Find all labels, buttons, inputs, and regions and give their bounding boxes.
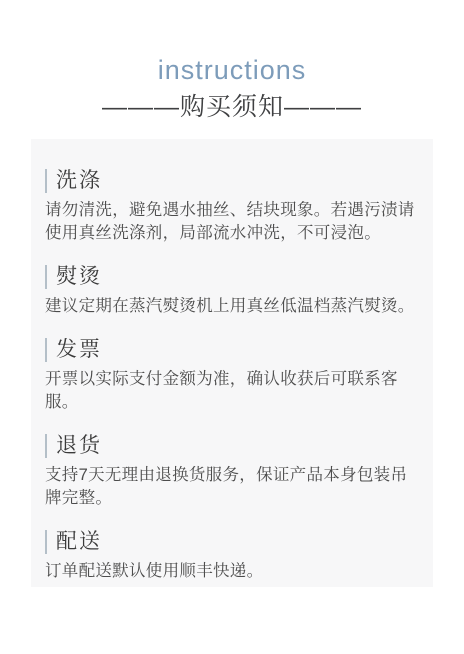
heading-accent-bar [45,169,47,193]
section-delivery: 配送 订单配送默认使用顺丰快递。 [45,530,419,583]
page-subtitle: ———购买须知——— [0,92,464,122]
header: instructions ———购买须知——— [0,0,464,122]
instructions-card: 洗涤 请勿清洗，避免遇水抽丝、结块现象。若遇污渍请使用真丝洗涤剂，局部流水冲洗，… [31,139,433,587]
heading-accent-bar [45,530,47,554]
page-title: instructions [0,0,464,86]
section-washing: 洗涤 请勿清洗，避免遇水抽丝、结块现象。若遇污渍请使用真丝洗涤剂，局部流水冲洗，… [45,169,419,245]
section-title: 熨烫 [56,265,102,289]
section-title: 配送 [56,530,102,554]
section-title: 洗涤 [56,169,102,193]
section-body: 支持7天无理由退换货服务，保证产品本身包装吊牌完整。 [45,464,419,510]
section-heading: 洗涤 [45,169,419,193]
section-title: 退货 [56,434,102,458]
purchase-notice-page: instructions ———购买须知——— 洗涤 请勿清洗，避免遇水抽丝、结… [0,0,464,654]
section-heading: 退货 [45,434,419,458]
section-heading: 配送 [45,530,419,554]
heading-accent-bar [45,338,47,362]
section-ironing: 熨烫 建议定期在蒸汽熨烫机上用真丝低温档蒸汽熨烫。 [45,265,419,318]
section-body: 建议定期在蒸汽熨烫机上用真丝低温档蒸汽熨烫。 [45,295,419,318]
section-returns: 退货 支持7天无理由退换货服务，保证产品本身包装吊牌完整。 [45,434,419,510]
section-body: 请勿清洗，避免遇水抽丝、结块现象。若遇污渍请使用真丝洗涤剂，局部流水冲洗，不可浸… [45,199,419,245]
section-invoice: 发票 开票以实际支付金额为准，确认收获后可联系客服。 [45,338,419,414]
heading-accent-bar [45,434,47,458]
section-body: 开票以实际支付金额为准，确认收获后可联系客服。 [45,368,419,414]
section-title: 发票 [56,338,102,362]
section-body: 订单配送默认使用顺丰快递。 [45,560,419,583]
section-heading: 熨烫 [45,265,419,289]
section-heading: 发票 [45,338,419,362]
heading-accent-bar [45,265,47,289]
